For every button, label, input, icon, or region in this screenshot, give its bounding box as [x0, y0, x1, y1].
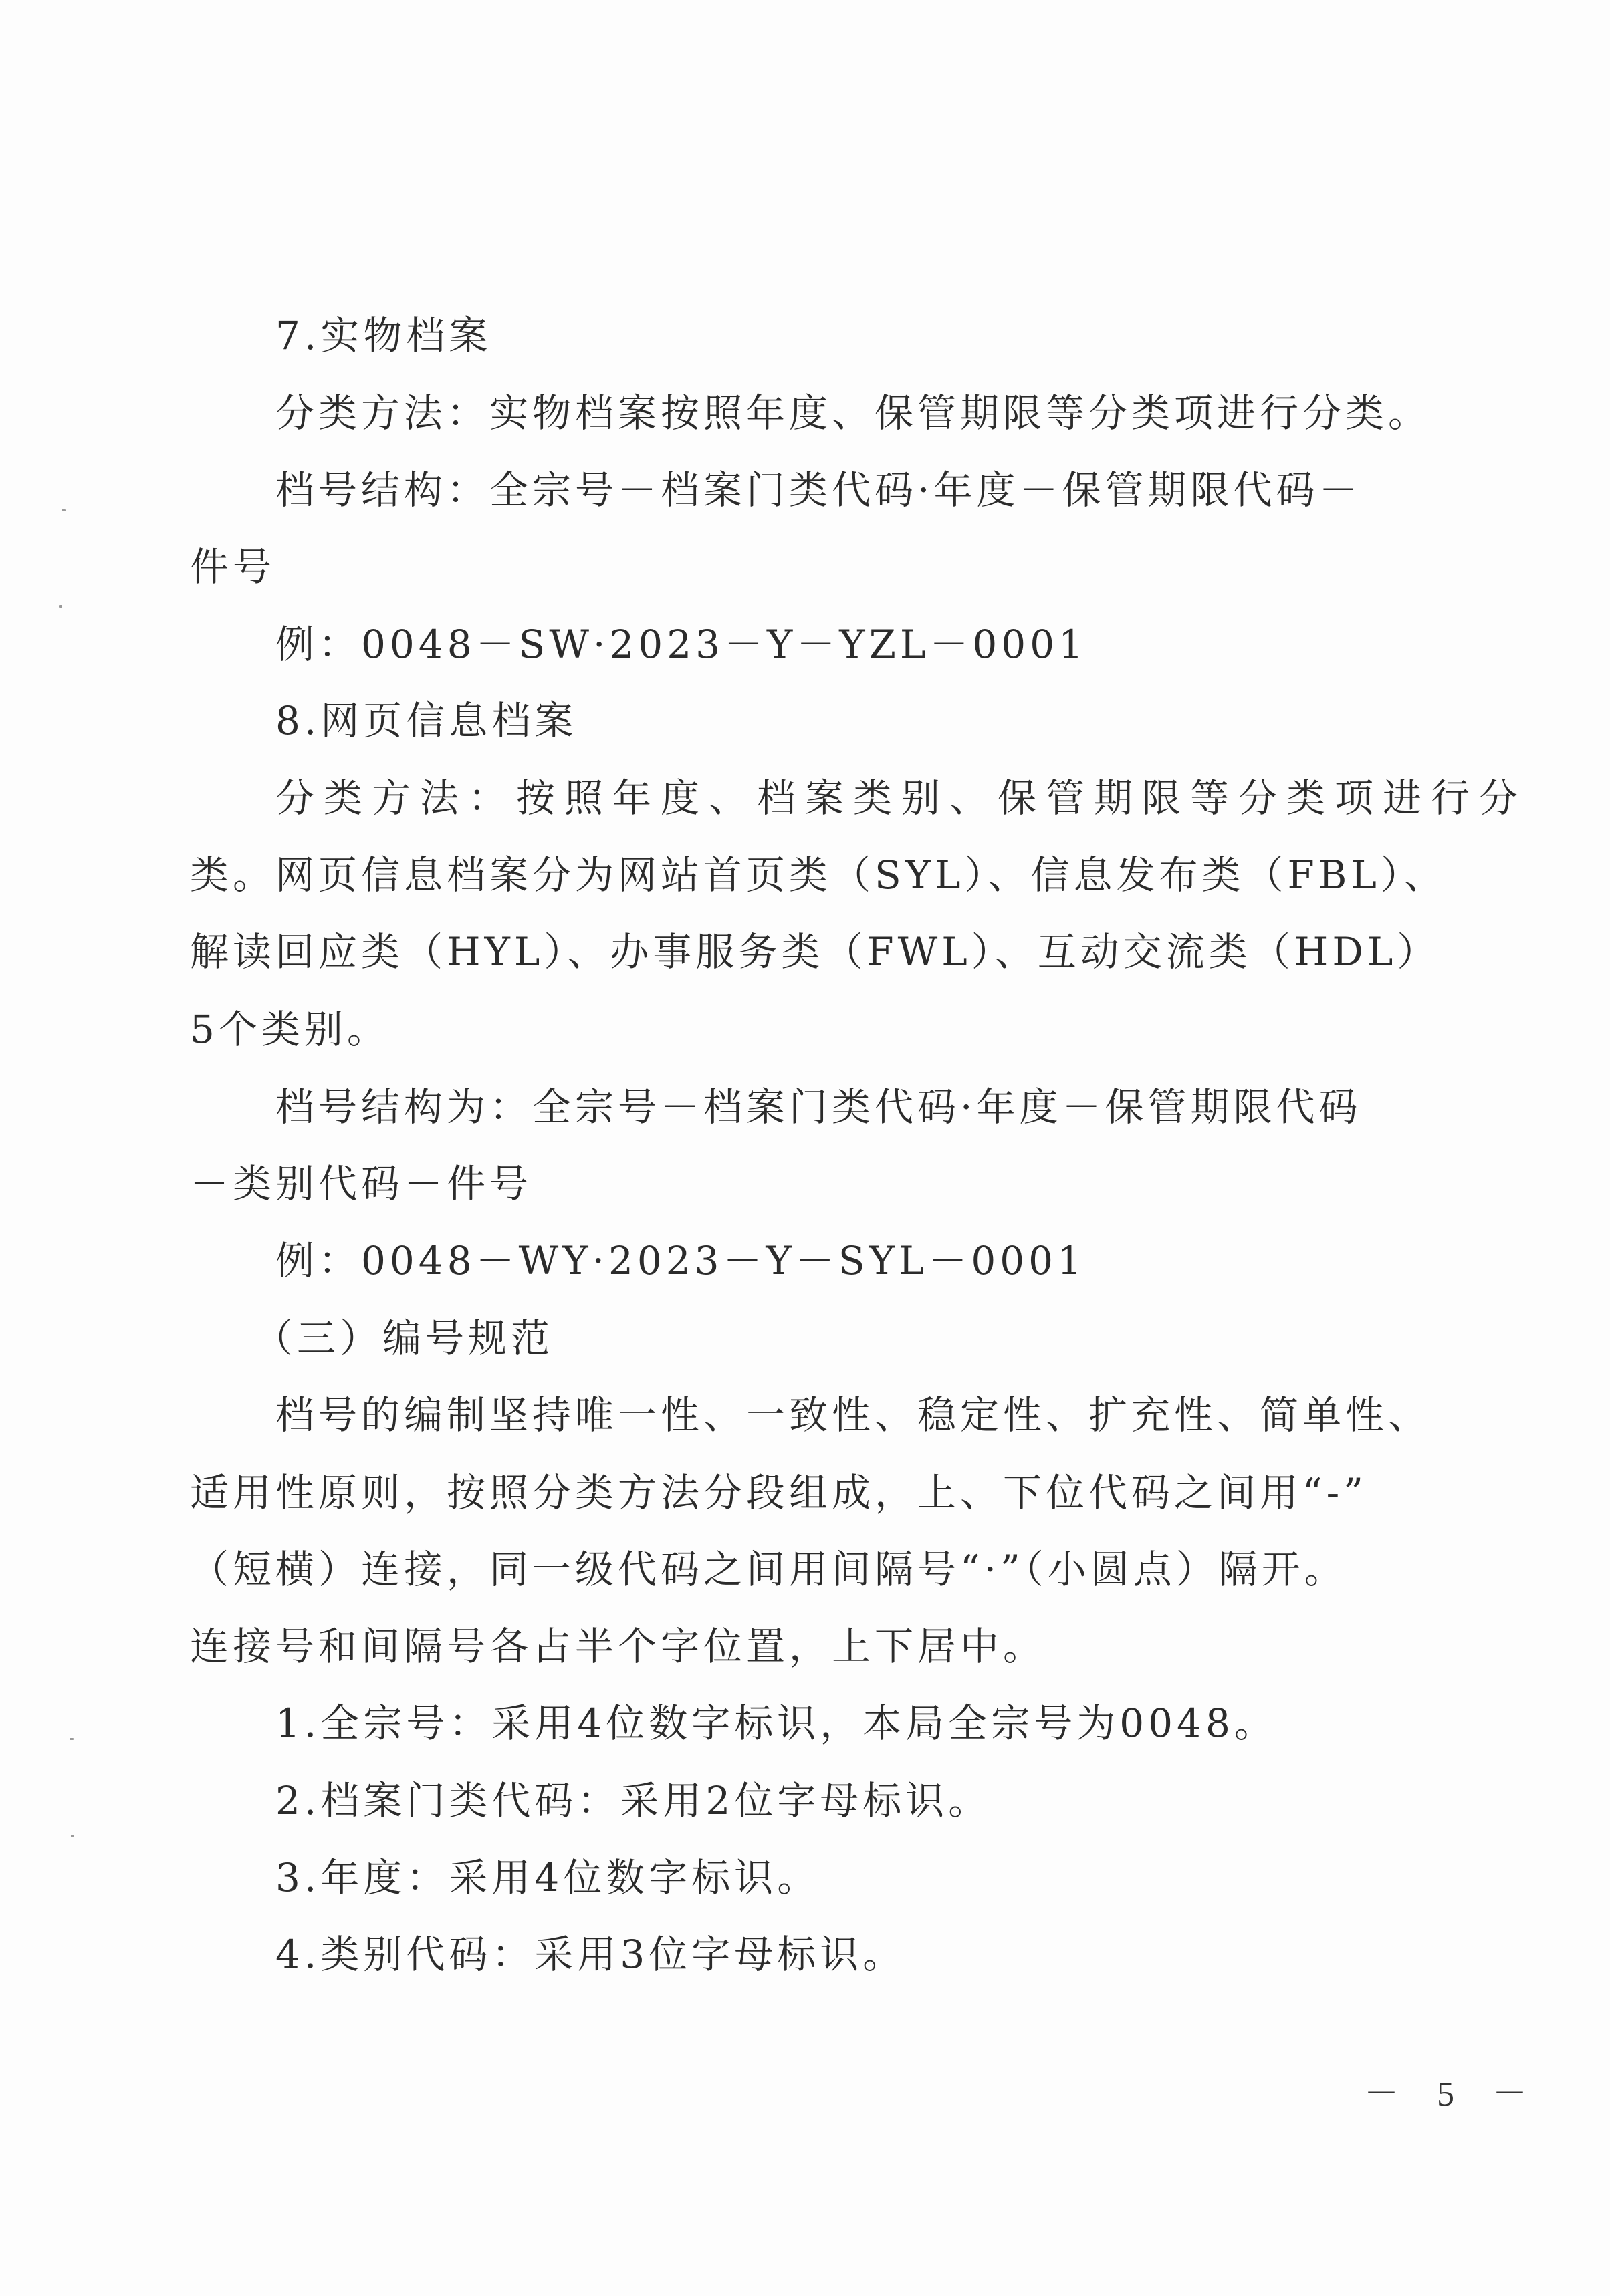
- numbering-item-2: 2.档案门类代码：采用2位字母标识。: [275, 1774, 1526, 1827]
- section-7-method: 分类方法：实物档案按照年度、保管期限等分类项进行分类。: [275, 386, 1526, 440]
- section-7-example: 例：0048－SW·2023－Y－YZL－0001: [275, 618, 1526, 671]
- numbering-item-1: 1.全宗号：采用4位数字标识，本局全宗号为0048。: [275, 1696, 1526, 1750]
- section-7-structure-line-2: 件号: [190, 540, 1440, 594]
- numbering-para-line-3: （短横）连接，同一级代码之间用间隔号“·”（小圆点）隔开。: [190, 1543, 1440, 1596]
- section-8-method-line-2: 类。网页信息档案分为网站首页类（SYL）、信息发布类（FBL）、: [190, 848, 1440, 902]
- scan-speck: [71, 1835, 74, 1837]
- section-8-method-line-4: 5个类别。: [190, 1003, 1440, 1056]
- section-7-title: 7.实物档案: [275, 309, 1526, 362]
- numbering-heading: （三）编号规范: [254, 1311, 1504, 1365]
- scan-speck: [70, 1738, 74, 1740]
- section-8-title: 8.网页信息档案: [275, 694, 1526, 747]
- section-8-method-line-3: 解读回应类（HYL）、办事服务类（FWL）、互动交流类（HDL）: [190, 925, 1440, 979]
- page-number: － 5 －: [1364, 2065, 1542, 2116]
- section-8-structure-line-2: －类别代码－件号: [190, 1157, 1440, 1210]
- scan-speck: [59, 605, 62, 608]
- numbering-para-line-1: 档号的编制坚持唯一性、一致性、稳定性、扩充性、简单性、: [275, 1388, 1526, 1442]
- document-page: 7.实物档案 分类方法：实物档案按照年度、保管期限等分类项进行分类。 档号结构：…: [0, 0, 1610, 2296]
- section-8-method-line-1: 分类方法：按照年度、档案类别、保管期限等分类项进行分: [275, 771, 1526, 825]
- section-8-example: 例：0048－WY·2023－Y－SYL－0001: [275, 1234, 1526, 1287]
- numbering-para-line-2: 适用性原则，按照分类方法分段组成，上、下位代码之间用“-”: [190, 1466, 1440, 1519]
- section-7-structure-line-1: 档号结构：全宗号－档案门类代码·年度－保管期限代码－: [275, 463, 1526, 517]
- scan-speck: [62, 509, 66, 511]
- numbering-item-3: 3.年度：采用4位数字标识。: [275, 1851, 1526, 1904]
- numbering-para-line-4: 连接号和间隔号各占半个字位置，上下居中。: [190, 1620, 1440, 1673]
- numbering-item-4: 4.类别代码：采用3位字母标识。: [275, 1928, 1526, 1981]
- section-8-structure-line-1: 档号结构为：全宗号－档案门类代码·年度－保管期限代码: [275, 1080, 1526, 1134]
